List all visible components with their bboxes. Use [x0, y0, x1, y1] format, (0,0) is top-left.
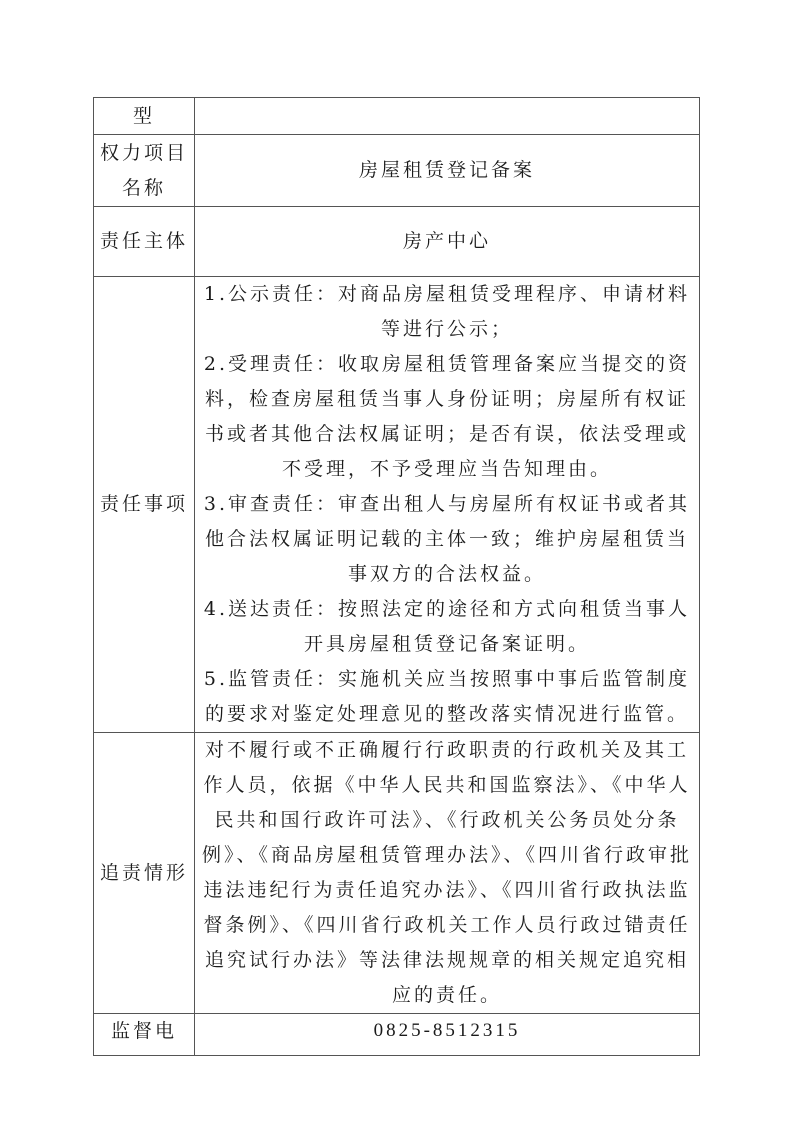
row-label-supervision-phone: 监督电 — [94, 1014, 195, 1056]
responsibility-item-publicity: 1.公示责任：对商品房屋租赁受理程序、申请材料等进行公示； — [195, 277, 699, 347]
responsibility-item-supervision: 5.监管责任：实施机关应当按照事中事后监管制度的要求对鉴定处理意见的整改落实情况… — [195, 662, 699, 732]
table-row-responsible-subject: 责任主体 房产中心 — [94, 207, 700, 277]
row-value-type — [195, 98, 700, 135]
table-row-supervision-phone: 监督电 0825-8512315 — [94, 1014, 700, 1056]
responsibility-item-delivery: 4.送达责任：按照法定的途径和方式向租赁当事人开具房屋租赁登记备案证明。 — [195, 592, 699, 662]
row-value-power-item-name: 房屋租赁登记备案 — [195, 135, 700, 207]
responsibility-table: 型 权力项目名称 房屋租赁登记备案 责任主体 房产中心 责任事项 1.公示责任：… — [93, 97, 700, 1056]
row-value-responsible-subject: 房产中心 — [195, 207, 700, 277]
row-value-supervision-phone: 0825-8512315 — [195, 1014, 700, 1056]
table-row-responsibility-items: 责任事项 1.公示责任：对商品房屋租赁受理程序、申请材料等进行公示； 2.受理责… — [94, 277, 700, 733]
row-label-responsibility-items: 责任事项 — [94, 277, 195, 733]
row-label-type: 型 — [94, 98, 195, 135]
row-label-accountability: 追责情形 — [94, 733, 195, 1014]
table-row-type: 型 — [94, 98, 700, 135]
responsibility-item-review: 3.审查责任：审查出租人与房屋所有权证书或者其他合法权属证明记载的主体一致；维护… — [195, 487, 699, 592]
table-row-accountability: 追责情形 对不履行或不正确履行行政职责的行政机关及其工作人员，依据《中华人民共和… — [94, 733, 700, 1014]
row-label-responsible-subject: 责任主体 — [94, 207, 195, 277]
row-value-responsibility-items: 1.公示责任：对商品房屋租赁受理程序、申请材料等进行公示； 2.受理责任：收取房… — [195, 277, 700, 733]
table-row-power-item-name: 权力项目名称 房屋租赁登记备案 — [94, 135, 700, 207]
row-value-accountability: 对不履行或不正确履行行政职责的行政机关及其工作人员，依据《中华人民共和国监察法》… — [195, 733, 700, 1014]
responsibility-item-acceptance: 2.受理责任：收取房屋租赁管理备案应当提交的资料，检查房屋租赁当事人身份证明；房… — [195, 347, 699, 487]
row-label-power-item-name: 权力项目名称 — [94, 135, 195, 207]
